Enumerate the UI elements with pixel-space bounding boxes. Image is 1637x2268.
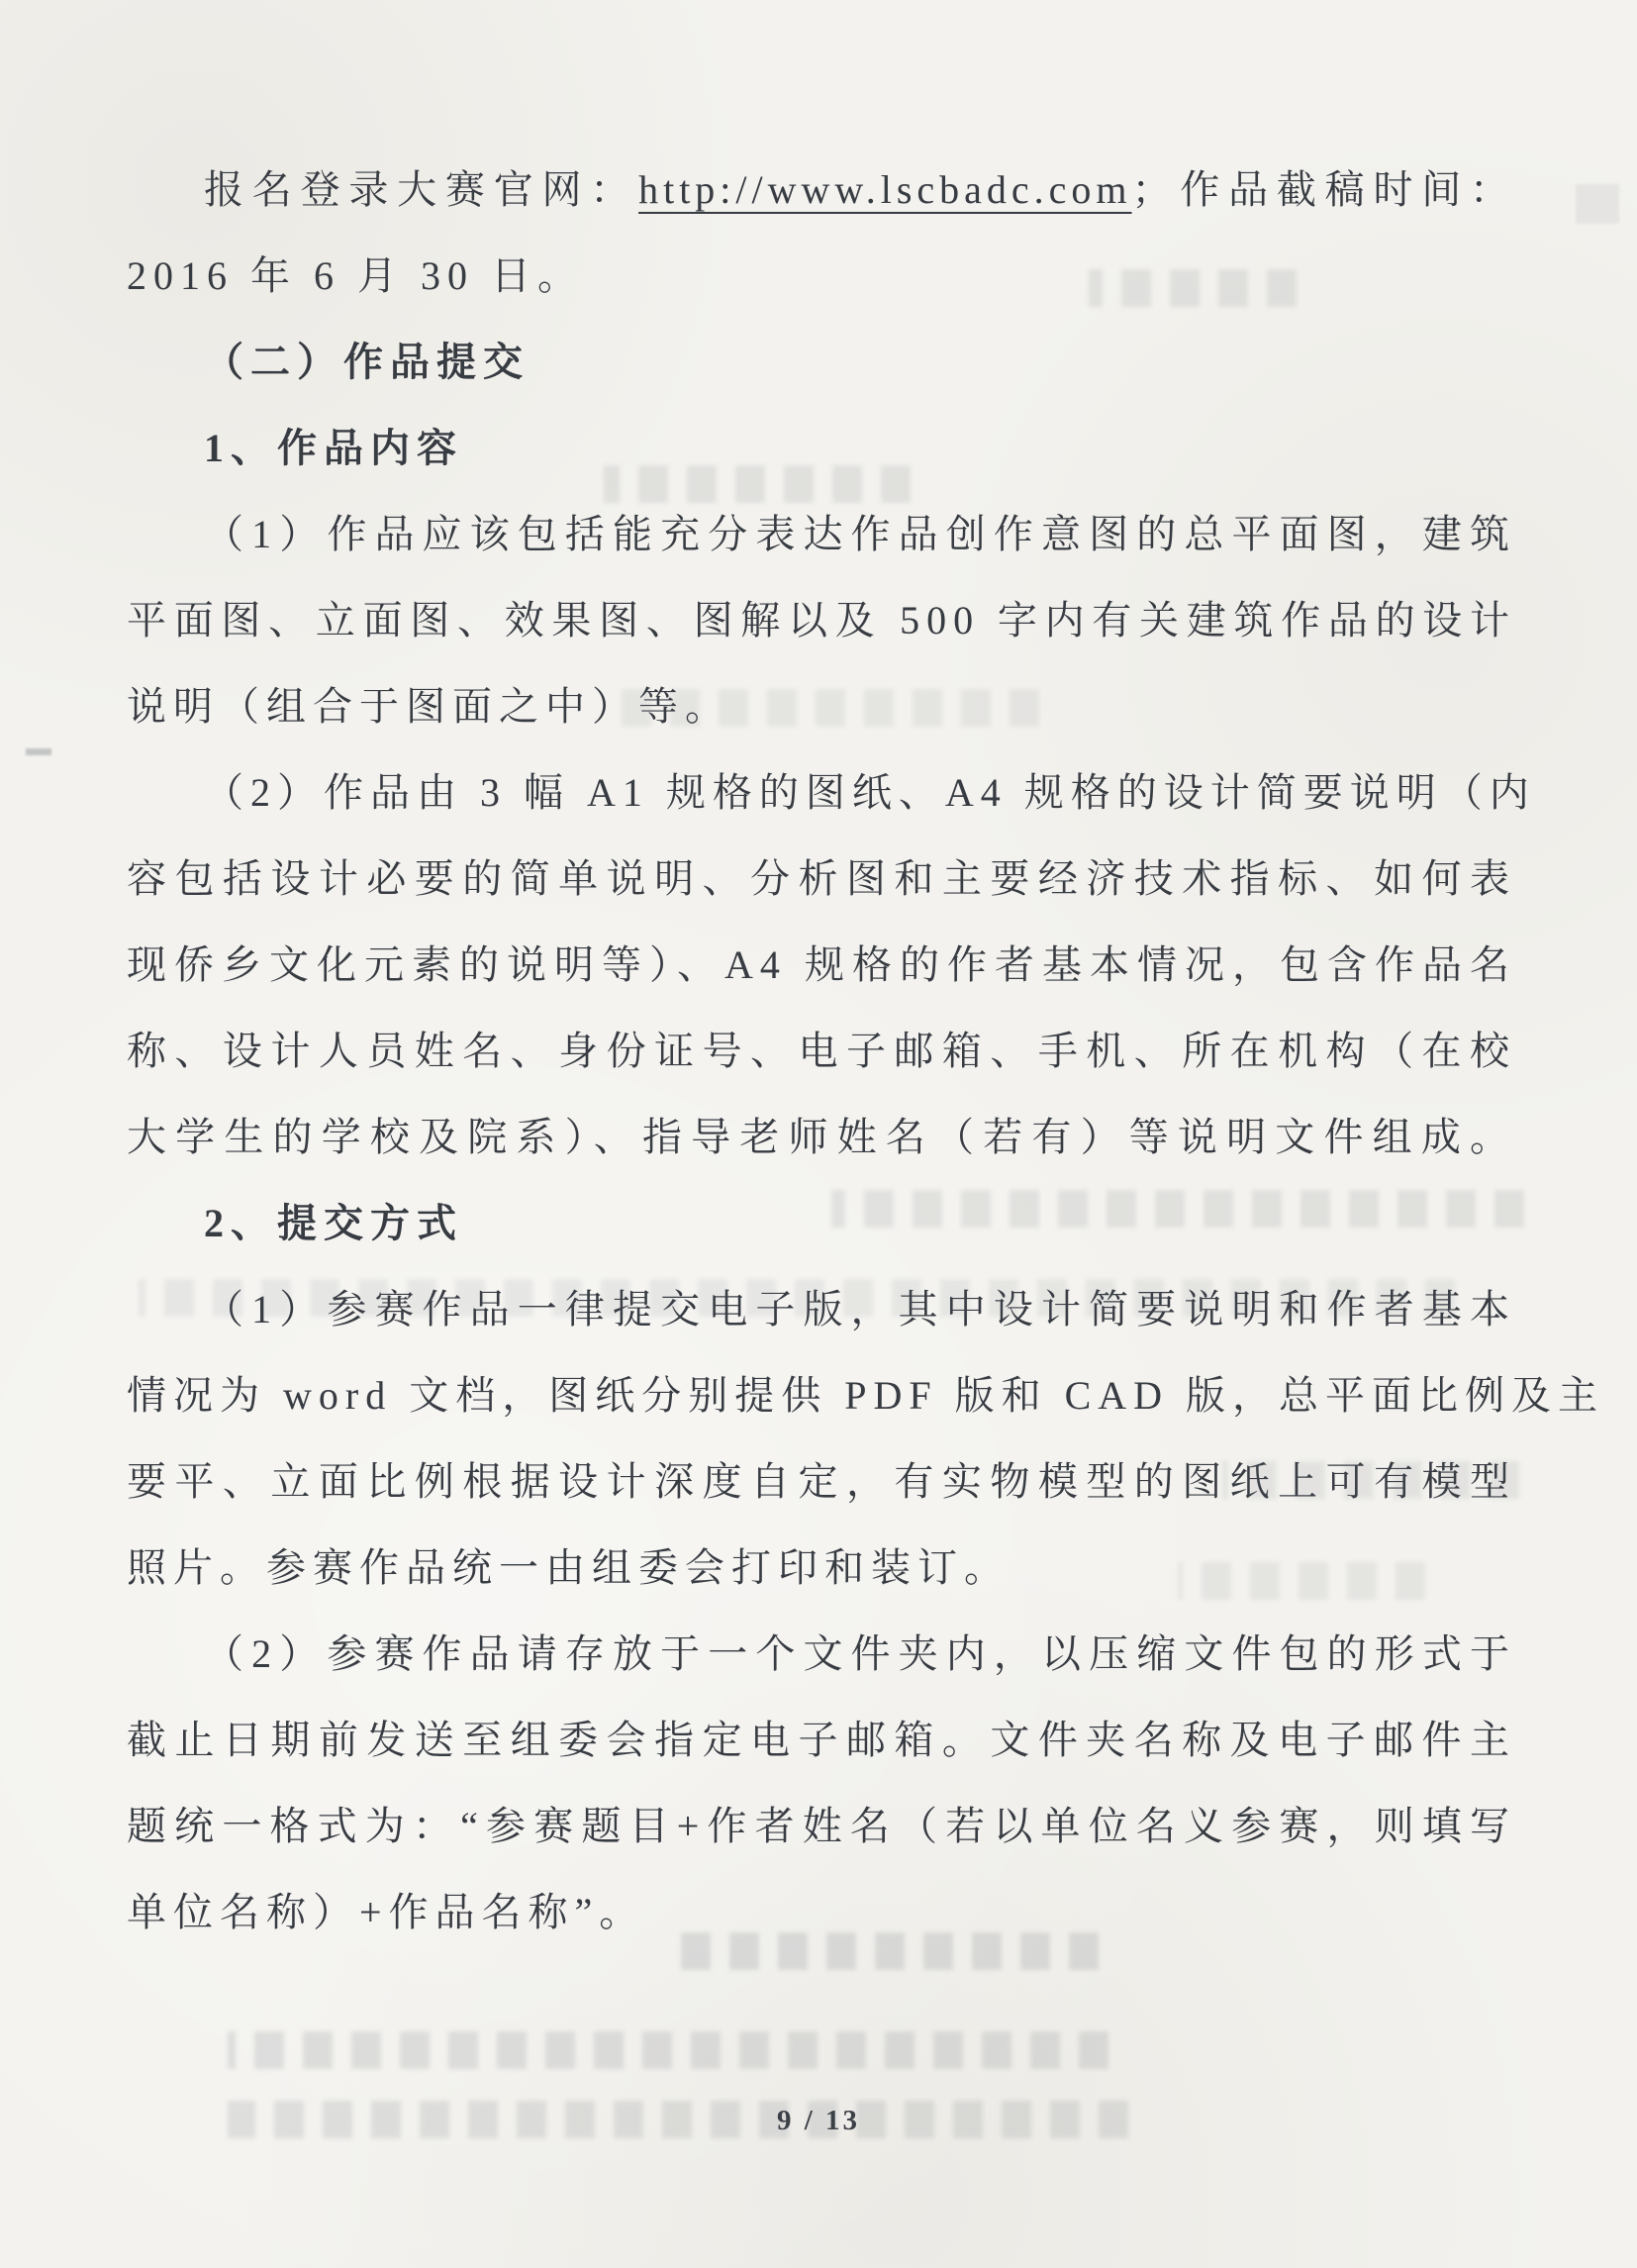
scan-speck	[1576, 184, 1619, 224]
doc-line: 容包括设计必要的简单说明、分析图和主要经济技术指标、如何表	[127, 836, 1516, 922]
competition-website-link[interactable]: http://www.lscbadc.com	[638, 167, 1131, 212]
doc-line: （2）参赛作品请存放于一个文件夹内，以压缩文件包的形式于	[127, 1611, 1516, 1697]
scan-speck	[26, 748, 51, 755]
doc-line: 现侨乡文化元素的说明等）、A4 规格的作者基本情况，包含作品名	[127, 922, 1516, 1008]
doc-line: （1）作品应该包括能充分表达作品创作意图的总平面图，建筑	[127, 491, 1516, 577]
doc-line: 要平、立面比例根据设计深度自定，有实物模型的图纸上可有模型	[127, 1438, 1516, 1525]
registration-label: 报名登录大赛官网：	[204, 167, 638, 212]
doc-line: 截止日期前发送至组委会指定电子邮箱。文件夹名称及电子邮件主	[127, 1697, 1516, 1783]
document-body: 报名登录大赛官网：http://www.lscbadc.com；作品截稿时间： …	[127, 147, 1516, 1955]
doc-line: 题统一格式为：“参赛题目+作者姓名（若以单位名义参赛，则填写	[127, 1783, 1516, 1869]
doc-line: 单位名称）+作品名称”。	[127, 1869, 1516, 1955]
deadline-date-line: 2016 年 6 月 30 日。	[127, 233, 1516, 319]
doc-line: 大学生的学校及院系）、指导老师姓名（若有）等说明文件组成。	[127, 1094, 1516, 1180]
doc-line: 说明（组合于图面之中）等。	[127, 663, 1516, 749]
deadline-label: ；作品截稿时间：	[1132, 167, 1517, 212]
doc-line: 情况为 word 文档，图纸分别提供 PDF 版和 CAD 版，总平面比例及主	[127, 1352, 1516, 1438]
section-heading-work-submission: （二）作品提交	[127, 319, 1516, 405]
scanned-document-page: 报名登录大赛官网：http://www.lscbadc.com；作品截稿时间： …	[0, 0, 1637, 2268]
bleed-through-artifact	[228, 2031, 1108, 2069]
page-number: 9 / 13	[0, 2105, 1637, 2137]
subsection-heading-submission-method: 2、提交方式	[127, 1180, 1516, 1266]
doc-line: （2）作品由 3 幅 A1 规格的图纸、A4 规格的设计简要说明（内	[127, 749, 1516, 836]
doc-line: 照片。参赛作品统一由组委会打印和装订。	[127, 1525, 1516, 1611]
subsection-heading-work-content: 1、作品内容	[127, 405, 1516, 491]
doc-line: （1）参赛作品一律提交电子版，其中设计简要说明和作者基本	[127, 1266, 1516, 1352]
doc-line: 称、设计人员姓名、身份证号、电子邮箱、手机、所在机构（在校	[127, 1008, 1516, 1094]
doc-line: 平面图、立面图、效果图、图解以及 500 字内有关建筑作品的设计	[127, 577, 1516, 663]
registration-line: 报名登录大赛官网：http://www.lscbadc.com；作品截稿时间：	[127, 147, 1516, 233]
